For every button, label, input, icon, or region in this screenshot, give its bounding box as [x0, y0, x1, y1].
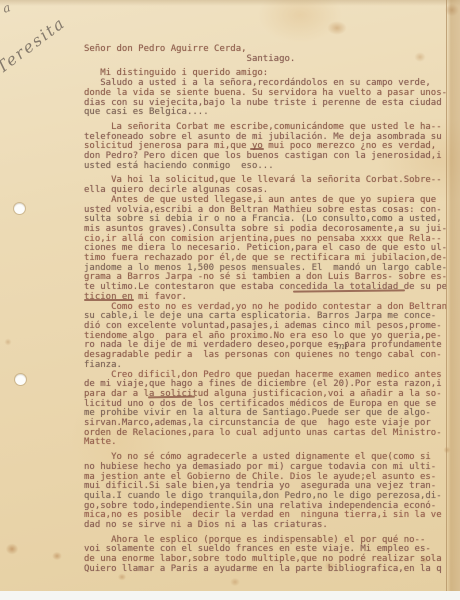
paragraph: Señor don Pedro Aguirre Cerda, Santiago.: [84, 45, 456, 64]
punch-hole-top: [14, 203, 25, 214]
letter-line: desagradable pedir a las personas con qu…: [84, 351, 456, 361]
paper-sheet: a Teresita Señor don Pedro Aguirre Cerda…: [0, 0, 460, 591]
handwritten-inline-correction: mí: [336, 342, 347, 352]
strikethrough-mark: [250, 148, 264, 150]
letter-line: Quiero llamar a Paris a ayudarme en la p…: [84, 565, 456, 575]
scanner-background: [0, 591, 460, 600]
paragraph: Mi distinguido i querido amigo: Saludo a…: [84, 69, 456, 118]
punch-hole-bottom: [15, 374, 26, 385]
letter-line: Matte.: [84, 438, 456, 448]
scanned-letter: a Teresita Señor don Pedro Aguirre Cerda…: [0, 0, 460, 600]
paragraph: Ahora le esplico (porque es indispensabl…: [84, 536, 456, 575]
paragraph: La señorita Corbat me escribe,comunicánd…: [84, 123, 456, 172]
letter-line: dad no se sirve ni a Dios ni a las criat…: [84, 521, 456, 531]
paragraph: Yo no sé cómo agradecerle a usted dignam…: [84, 453, 456, 531]
pencil-note: Teresita: [0, 13, 69, 77]
paper-top-shading: [0, 0, 460, 6]
letter-line: que casi es Belgica....: [84, 108, 456, 118]
paragraph: Va hoi la solicitud,que le llevará la se…: [84, 176, 456, 448]
letter-line: Santiago.: [84, 55, 456, 65]
letter-line: orden de Relaciones,para lo cual adjunto…: [84, 429, 456, 439]
paper-right-edge: [446, 0, 460, 591]
letter-line: usted está haciendo conmigo eso...: [84, 162, 456, 172]
letter-body: Señor don Pedro Aguirre Cerda, Santiago.…: [84, 45, 456, 580]
strikethrough-mark: [84, 299, 134, 301]
